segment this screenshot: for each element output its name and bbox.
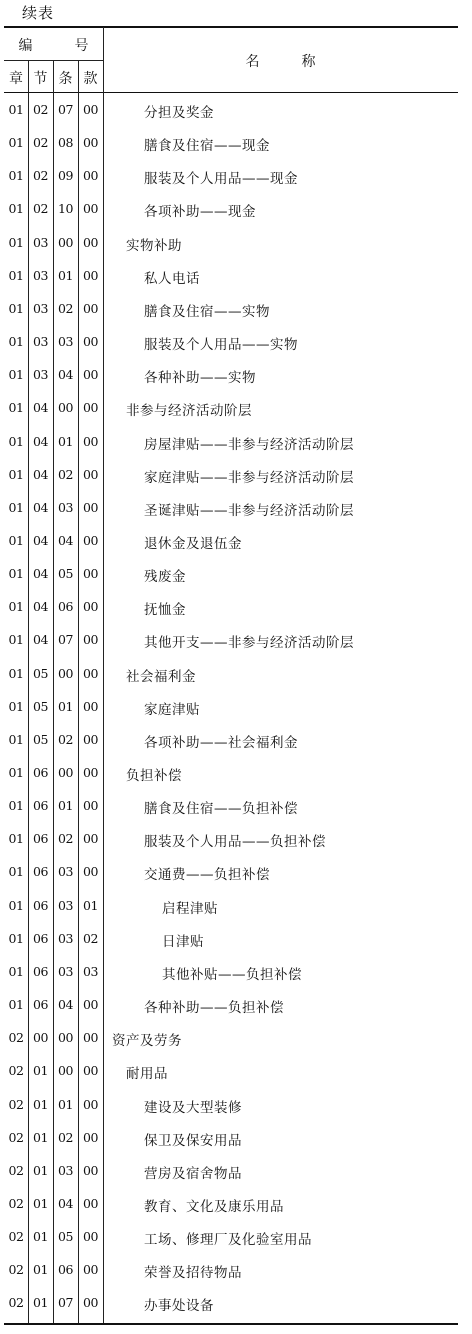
code-tiao: 01 <box>53 434 78 449</box>
code-zhang: 02 <box>4 1163 28 1178</box>
code-tiao: 02 <box>53 831 78 846</box>
item-name: 荣誉及招待物品 <box>144 1261 242 1281</box>
code-zhang: 01 <box>4 864 28 879</box>
code-kuan: 00 <box>78 666 103 681</box>
code-tiao: 07 <box>53 632 78 647</box>
code-jie: 03 <box>28 334 53 349</box>
code-kuan: 00 <box>78 201 103 216</box>
code-zhang: 01 <box>4 367 28 382</box>
table-row: 01060301启程津贴 <box>0 889 472 922</box>
item-name: 膳食及住宿——现金 <box>144 134 270 154</box>
code-jie: 03 <box>28 301 53 316</box>
code-kuan: 00 <box>78 135 103 150</box>
code-zhang: 01 <box>4 500 28 515</box>
table-row: 01040700其他开支——非参与经济活动阶层 <box>0 623 472 656</box>
code-kuan: 00 <box>78 831 103 846</box>
table-row: 01020800膳食及住宿——现金 <box>0 126 472 159</box>
code-kuan: 00 <box>78 1295 103 1310</box>
code-tiao: 05 <box>53 1229 78 1244</box>
top-rule <box>4 26 458 28</box>
code-tiao: 01 <box>53 699 78 714</box>
header-name: 名 称 <box>103 51 458 71</box>
code-kuan: 00 <box>78 301 103 316</box>
code-kuan: 00 <box>78 997 103 1012</box>
code-jie: 02 <box>28 168 53 183</box>
code-kuan: 00 <box>78 334 103 349</box>
code-zhang: 02 <box>4 1229 28 1244</box>
code-kuan: 00 <box>78 500 103 515</box>
code-tiao: 00 <box>53 235 78 250</box>
item-name: 各项补助——现金 <box>144 200 256 220</box>
code-zhang: 01 <box>4 732 28 747</box>
item-name: 私人电话 <box>144 267 200 287</box>
code-kuan: 00 <box>78 1229 103 1244</box>
item-name: 日津贴 <box>162 930 204 950</box>
code-jie: 02 <box>28 201 53 216</box>
code-jie: 03 <box>28 367 53 382</box>
code-kuan: 00 <box>78 1063 103 1078</box>
code-jie: 06 <box>28 931 53 946</box>
code-tiao: 01 <box>53 1097 78 1112</box>
item-name: 各项补助——社会福利金 <box>144 731 298 751</box>
code-zhang: 01 <box>4 168 28 183</box>
code-zhang: 01 <box>4 235 28 250</box>
table-row: 01050200各项补助——社会福利金 <box>0 723 472 756</box>
code-tiao: 02 <box>53 1130 78 1145</box>
code-jie: 01 <box>28 1295 53 1310</box>
table-row: 02010000耐用品 <box>0 1054 472 1087</box>
table-row: 02010200保卫及保安用品 <box>0 1121 472 1154</box>
code-tiao: 04 <box>53 997 78 1012</box>
table-row: 01030300服装及个人用品——实物 <box>0 325 472 358</box>
code-tiao: 04 <box>53 533 78 548</box>
code-jie: 02 <box>28 135 53 150</box>
table-row: 02010400教育、文化及康乐用品 <box>0 1187 472 1220</box>
code-zhang: 01 <box>4 831 28 846</box>
code-tiao: 03 <box>53 500 78 515</box>
code-jie: 01 <box>28 1130 53 1145</box>
code-kuan: 00 <box>78 1097 103 1112</box>
table-row: 01060200服装及个人用品——负担补偿 <box>0 822 472 855</box>
code-zhang: 01 <box>4 599 28 614</box>
item-name: 圣诞津贴——非参与经济活动阶层 <box>144 499 354 519</box>
code-kuan: 03 <box>78 964 103 979</box>
code-jie: 04 <box>28 500 53 515</box>
item-name: 其他补贴——负担补偿 <box>162 963 302 983</box>
code-zhang: 01 <box>4 798 28 813</box>
code-jie: 03 <box>28 235 53 250</box>
code-kuan: 00 <box>78 400 103 415</box>
code-kuan: 01 <box>78 898 103 913</box>
code-jie: 06 <box>28 831 53 846</box>
code-tiao: 06 <box>53 599 78 614</box>
code-tiao: 07 <box>53 102 78 117</box>
code-zhang: 01 <box>4 268 28 283</box>
item-name: 负担补偿 <box>126 764 182 784</box>
table-row: 02000000资产及劳务 <box>0 1021 472 1054</box>
code-zhang: 01 <box>4 434 28 449</box>
code-kuan: 00 <box>78 1163 103 1178</box>
table-row: 01040200家庭津贴——非参与经济活动阶层 <box>0 458 472 491</box>
code-zhang: 01 <box>4 666 28 681</box>
code-kuan: 00 <box>78 864 103 879</box>
table-row: 01030200膳食及住宿——实物 <box>0 292 472 325</box>
code-jie: 01 <box>28 1196 53 1211</box>
item-name: 各种补助——实物 <box>144 366 256 386</box>
code-jie: 06 <box>28 898 53 913</box>
item-name: 分担及奖金 <box>144 101 214 121</box>
table-row: 01030000实物补助 <box>0 226 472 259</box>
code-jie: 01 <box>28 1063 53 1078</box>
code-tiao: 00 <box>53 1030 78 1045</box>
code-jie: 01 <box>28 1163 53 1178</box>
item-name: 社会福利金 <box>126 665 196 685</box>
code-jie: 00 <box>28 1030 53 1045</box>
code-zhang: 02 <box>4 1130 28 1145</box>
code-jie: 01 <box>28 1229 53 1244</box>
code-tiao: 03 <box>53 898 78 913</box>
code-tiao: 02 <box>53 301 78 316</box>
item-name: 营房及宿舍物品 <box>144 1162 242 1182</box>
header-kuan: 款 <box>78 68 103 88</box>
table-caption: 续表 <box>22 2 54 23</box>
item-name: 工场、修理厂及化验室用品 <box>144 1228 312 1248</box>
code-jie: 02 <box>28 102 53 117</box>
item-name: 建设及大型装修 <box>144 1096 242 1116</box>
code-jie: 05 <box>28 699 53 714</box>
code-zhang: 01 <box>4 699 28 714</box>
code-zhang: 01 <box>4 102 28 117</box>
header-jie: 节 <box>28 68 53 88</box>
code-kuan: 00 <box>78 732 103 747</box>
code-jie: 04 <box>28 533 53 548</box>
code-kuan: 00 <box>78 367 103 382</box>
table-row: 01030400各种补助——实物 <box>0 358 472 391</box>
table-row: 02010300营房及宿舍物品 <box>0 1154 472 1187</box>
code-tiao: 03 <box>53 864 78 879</box>
item-name: 服装及个人用品——负担补偿 <box>144 830 326 850</box>
code-zhang: 01 <box>4 898 28 913</box>
code-tiao: 03 <box>53 931 78 946</box>
code-tiao: 04 <box>53 1196 78 1211</box>
code-zhang: 01 <box>4 566 28 581</box>
table-row: 02010100建设及大型装修 <box>0 1088 472 1121</box>
code-kuan: 00 <box>78 434 103 449</box>
code-kuan: 00 <box>78 1262 103 1277</box>
code-kuan: 00 <box>78 632 103 647</box>
item-name: 各种补助——负担补偿 <box>144 996 284 1016</box>
code-zhang: 02 <box>4 1196 28 1211</box>
item-name: 交通费——负担补偿 <box>144 863 270 883</box>
item-name: 房屋津贴——非参与经济活动阶层 <box>144 433 354 453</box>
code-tiao: 04 <box>53 367 78 382</box>
code-tiao: 00 <box>53 765 78 780</box>
table-row: 01021000各项补助——现金 <box>0 192 472 225</box>
code-zhang: 01 <box>4 400 28 415</box>
item-name: 膳食及住宿——实物 <box>144 300 270 320</box>
code-tiao: 00 <box>53 400 78 415</box>
item-name: 服装及个人用品——现金 <box>144 167 298 187</box>
table-row: 01030100私人电话 <box>0 259 472 292</box>
code-tiao: 03 <box>53 1163 78 1178</box>
code-kuan: 00 <box>78 268 103 283</box>
code-zhang: 01 <box>4 334 28 349</box>
item-name: 退休金及退伍金 <box>144 532 242 552</box>
code-tiao: 10 <box>53 201 78 216</box>
code-zhang: 02 <box>4 1030 28 1045</box>
table-row: 02010700办事处设备 <box>0 1286 472 1319</box>
code-kuan: 00 <box>78 765 103 780</box>
code-zhang: 01 <box>4 997 28 1012</box>
code-tiao: 07 <box>53 1295 78 1310</box>
code-zhang: 01 <box>4 765 28 780</box>
code-zhang: 01 <box>4 533 28 548</box>
bottom-rule <box>4 1323 458 1325</box>
code-zhang: 02 <box>4 1097 28 1112</box>
code-tiao: 01 <box>53 798 78 813</box>
table-row: 01040600抚恤金 <box>0 590 472 623</box>
table-row: 01060302日津贴 <box>0 922 472 955</box>
code-zhang: 01 <box>4 135 28 150</box>
code-kuan: 00 <box>78 533 103 548</box>
code-zhang: 01 <box>4 201 28 216</box>
code-jie: 04 <box>28 434 53 449</box>
code-kuan: 00 <box>78 467 103 482</box>
code-kuan: 02 <box>78 931 103 946</box>
table-row: 01050100家庭津贴 <box>0 690 472 723</box>
item-name: 抚恤金 <box>144 598 186 618</box>
code-kuan: 00 <box>78 699 103 714</box>
code-jie: 05 <box>28 666 53 681</box>
code-jie: 04 <box>28 599 53 614</box>
code-kuan: 00 <box>78 235 103 250</box>
code-tiao: 03 <box>53 964 78 979</box>
code-kuan: 00 <box>78 1130 103 1145</box>
table-row: 01060303其他补贴——负担补偿 <box>0 955 472 988</box>
header-code-group: 编 号 <box>4 35 103 55</box>
code-kuan: 00 <box>78 798 103 813</box>
item-name: 残废金 <box>144 565 186 585</box>
code-jie: 06 <box>28 997 53 1012</box>
code-tiao: 03 <box>53 334 78 349</box>
code-tiao: 08 <box>53 135 78 150</box>
code-kuan: 00 <box>78 1030 103 1045</box>
item-name: 其他开支——非参与经济活动阶层 <box>144 631 354 651</box>
code-kuan: 00 <box>78 1196 103 1211</box>
item-name: 耐用品 <box>126 1062 168 1082</box>
code-tiao: 01 <box>53 268 78 283</box>
header-zhang: 章 <box>4 68 28 88</box>
item-name: 服装及个人用品——实物 <box>144 333 298 353</box>
code-kuan: 00 <box>78 566 103 581</box>
table-row: 01060300交通费——负担补偿 <box>0 855 472 888</box>
table-row: 01020700分担及奖金 <box>0 93 472 126</box>
code-jie: 04 <box>28 632 53 647</box>
item-name: 家庭津贴 <box>144 698 200 718</box>
table-row: 01040100房屋津贴——非参与经济活动阶层 <box>0 425 472 458</box>
table-row: 01040000非参与经济活动阶层 <box>0 391 472 424</box>
code-zhang: 01 <box>4 467 28 482</box>
code-kuan: 00 <box>78 599 103 614</box>
table-row: 01040500残废金 <box>0 557 472 590</box>
code-tiao: 00 <box>53 666 78 681</box>
code-jie: 04 <box>28 400 53 415</box>
code-zhang: 02 <box>4 1262 28 1277</box>
code-tiao: 02 <box>53 467 78 482</box>
table-row: 01060400各种补助——负担补偿 <box>0 988 472 1021</box>
code-tiao: 00 <box>53 1063 78 1078</box>
code-tiao: 05 <box>53 566 78 581</box>
table-row: 01060100膳食及住宿——负担补偿 <box>0 789 472 822</box>
code-zhang: 01 <box>4 632 28 647</box>
item-name: 办事处设备 <box>144 1294 214 1314</box>
code-jie: 06 <box>28 798 53 813</box>
code-zhang: 01 <box>4 301 28 316</box>
code-jie: 03 <box>28 268 53 283</box>
code-jie: 05 <box>28 732 53 747</box>
code-kuan: 00 <box>78 102 103 117</box>
code-tiao: 02 <box>53 732 78 747</box>
table-row: 01040400退休金及退伍金 <box>0 524 472 557</box>
table-row: 01060000负担补偿 <box>0 756 472 789</box>
code-zhang: 02 <box>4 1063 28 1078</box>
code-jie: 04 <box>28 467 53 482</box>
table-row: 01040300圣诞津贴——非参与经济活动阶层 <box>0 491 472 524</box>
header-tiao: 条 <box>53 68 78 88</box>
code-zhang: 02 <box>4 1295 28 1310</box>
code-jie: 01 <box>28 1097 53 1112</box>
code-jie: 06 <box>28 864 53 879</box>
code-jie: 04 <box>28 566 53 581</box>
item-name: 保卫及保安用品 <box>144 1129 242 1149</box>
item-name: 非参与经济活动阶层 <box>126 399 252 419</box>
item-name: 启程津贴 <box>162 897 218 917</box>
item-name: 资产及劳务 <box>112 1029 182 1049</box>
item-name: 家庭津贴——非参与经济活动阶层 <box>144 466 354 486</box>
code-zhang: 01 <box>4 964 28 979</box>
item-name: 膳食及住宿——负担补偿 <box>144 797 298 817</box>
code-jie: 01 <box>28 1262 53 1277</box>
code-jie: 06 <box>28 765 53 780</box>
table-row: 02010600荣誉及招待物品 <box>0 1253 472 1286</box>
code-tiao: 06 <box>53 1262 78 1277</box>
code-tiao: 09 <box>53 168 78 183</box>
code-jie: 06 <box>28 964 53 979</box>
table-row: 01020900服装及个人用品——现金 <box>0 159 472 192</box>
item-name: 实物补助 <box>126 234 182 254</box>
item-name: 教育、文化及康乐用品 <box>144 1195 284 1215</box>
code-zhang: 01 <box>4 931 28 946</box>
code-kuan: 00 <box>78 168 103 183</box>
table-row: 02010500工场、修理厂及化验室用品 <box>0 1220 472 1253</box>
table-row: 01050000社会福利金 <box>0 657 472 690</box>
